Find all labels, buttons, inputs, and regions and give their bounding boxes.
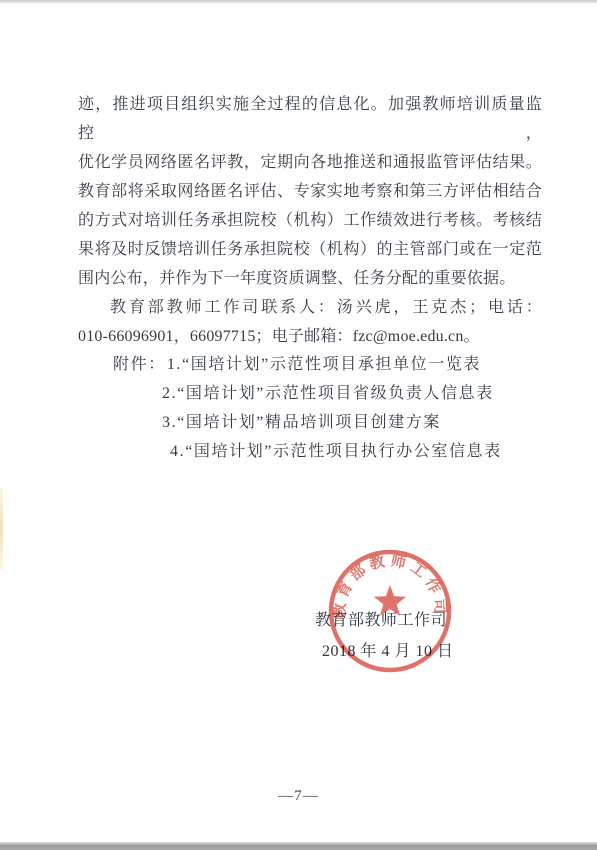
attachment-item-text: 1.“国培计划”示范性项目承担单位一览表: [167, 356, 481, 373]
contact-line: 教育部教师工作司联系人：汤兴虎，王克杰；电话：: [78, 293, 542, 322]
attachment-item: 4.“国培计划”示范性项目执行办公室信息表: [170, 437, 502, 466]
attachments-label: 附件：: [113, 356, 166, 373]
scan-artifact-left-smudge: [0, 488, 3, 570]
document-body: 迹，推进项目组织实施全过程的信息化。加强教师培训质量监控， 优化学员网络匿名评教…: [78, 90, 542, 351]
body-line: 优化学员网络匿名评教，定期向各地推送和通报监管评估结果。: [78, 148, 542, 177]
body-line: 教育部将采取网络匿名评估、专家实地考察和第三方评估相结合: [78, 177, 542, 206]
body-line: 迹，推进项目组织实施全过程的信息化。加强教师培训质量监控，: [78, 90, 542, 148]
official-seal-stamp: 教育部教师工作司: [320, 541, 460, 681]
scan-artifact-top-edge: [0, 0, 597, 3]
attachment-item: 3.“国培计划”精品培训项目创建方案: [162, 408, 502, 437]
attachments-list: 附件：1.“国培计划”示范性项目承担单位一览表 2.“国培计划”示范性项目省级负…: [113, 350, 502, 466]
attachment-item: 附件：1.“国培计划”示范性项目承担单位一览表: [113, 350, 502, 379]
body-line: 围内公布，并作为下一年度资质调整、任务分配的重要依据。: [78, 264, 542, 293]
scan-artifact-bottom-edge: [0, 842, 597, 850]
contact-line: 010-66096901，66097715；电子邮箱：fzc@moe.edu.c…: [78, 322, 542, 351]
body-line: 的方式对培训任务承担院校（机构）工作绩效进行考核。考核结: [78, 206, 542, 235]
body-line: 果将及时反馈培训任务承担院校（机构）的主管部门或在一定范: [78, 235, 542, 264]
scanned-document-page: 迹，推进项目组织实施全过程的信息化。加强教师培训质量监控， 优化学员网络匿名评教…: [0, 0, 597, 850]
page-number: —7—: [0, 788, 597, 805]
seal-star-icon: [374, 585, 406, 616]
attachment-item: 2.“国培计划”示范性项目省级负责人信息表: [162, 379, 502, 408]
